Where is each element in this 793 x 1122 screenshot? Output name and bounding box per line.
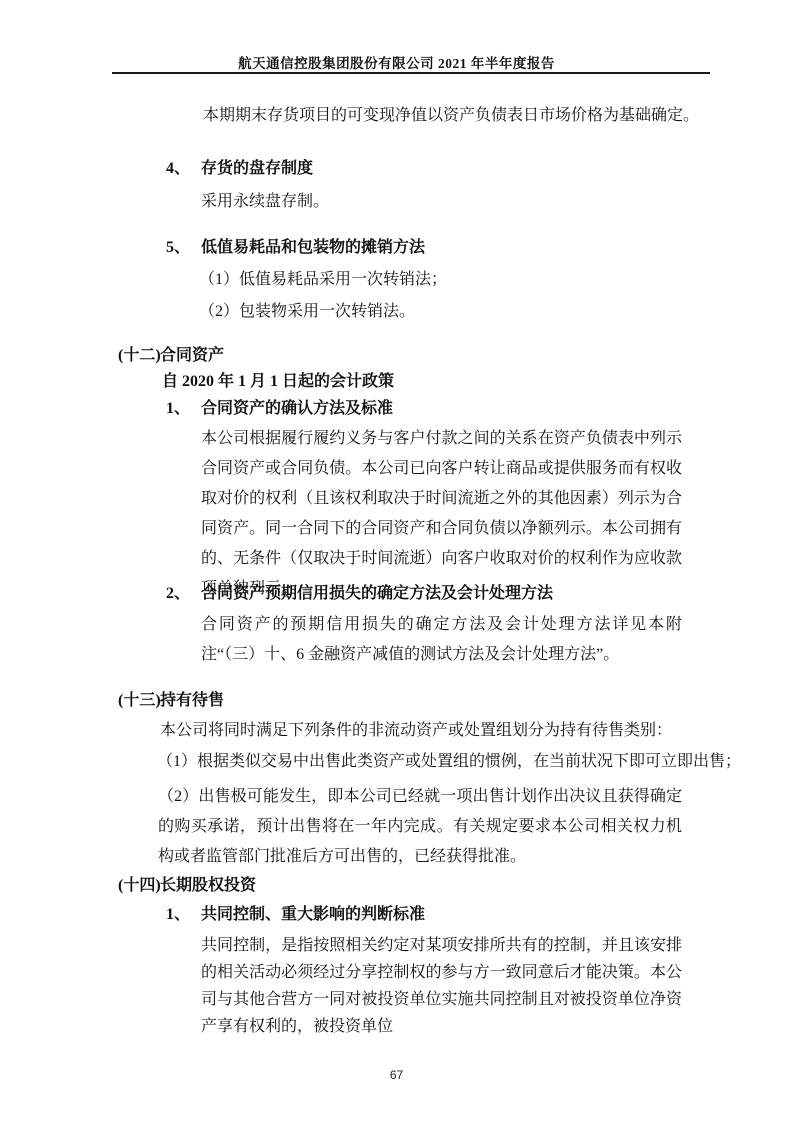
item5-sub1: （1）低值易耗品采用一次转销法；	[199, 270, 447, 290]
heading-sec12-sub2-title: 合同资产预期信用损失的确定方法及会计处理方法	[201, 584, 553, 604]
heading-item5: 5、 低值易耗品和包装物的摊销方法	[166, 238, 425, 258]
heading-sec12: (十二) 合同资产	[118, 346, 224, 366]
heading-sec12-sub1: 1、 合同资产的确认方法及标准	[166, 399, 393, 419]
page-header-title: 航天通信控股集团股份有限公司 2021 年半年度报告	[0, 52, 793, 72]
heading-sec12-sub2: 2、 合同资产预期信用损失的确定方法及会计处理方法	[166, 584, 553, 604]
heading-sec14-number: (十四)	[118, 876, 160, 896]
heading-item4-number: 4、	[166, 159, 201, 179]
heading-sec12-sub2-number: 2、	[166, 584, 201, 604]
heading-item4: 4、 存货的盘存制度	[166, 159, 313, 179]
heading-sec14-sub1: 1、 共同控制、重大影响的判断标准	[166, 905, 425, 925]
sec13-intro: 本公司将同时满足下列条件的非流动资产或处置组划分为持有待售类别：	[160, 721, 672, 741]
page-number: 67	[0, 1068, 793, 1082]
intro-paragraph: 本期期末存货项目的可变现净值以资产负债表日市场价格为基础确定。	[203, 106, 699, 126]
heading-sec12-title: 合同资产	[160, 346, 224, 366]
heading-item5-title: 低值易耗品和包装物的摊销方法	[201, 238, 425, 258]
heading-sec14: (十四) 长期股权投资	[118, 876, 256, 896]
heading-item5-number: 5、	[166, 238, 201, 258]
sec12-sub2-body: 合同资产的预期信用损失的确定方法及会计处理方法详见本附注“（三）十、6 金融资产…	[201, 610, 682, 670]
heading-sec14-sub1-number: 1、	[166, 905, 201, 925]
sec12-policy-line: 自 2020 年 1 月 1 日起的会计政策	[162, 372, 394, 392]
item4-body: 采用永续盘存制。	[201, 192, 329, 212]
heading-sec14-sub1-title: 共同控制、重大影响的判断标准	[201, 905, 425, 925]
sec13-condition1: （1）根据类似交易中出售此类资产或处置组的惯例，在当前状况下即可立即出售；	[157, 752, 741, 772]
heading-sec12-sub1-number: 1、	[166, 399, 201, 419]
heading-item4-title: 存货的盘存制度	[201, 159, 313, 179]
header-divider-rule	[112, 72, 710, 74]
heading-sec13-title: 持有待售	[160, 691, 224, 711]
heading-sec13: (十三) 持有待售	[118, 691, 224, 711]
sec14-sub1-body: 共同控制，是指按照相关约定对某项安排所共有的控制，并且该安排的相关活动必须经过分…	[201, 932, 682, 1040]
heading-sec12-sub1-title: 合同资产的确认方法及标准	[201, 399, 393, 419]
heading-sec12-number: (十二)	[118, 346, 160, 366]
sec12-policy-text: 自 2020 年 1 月 1 日起的会计政策	[162, 372, 394, 392]
report-page: 航天通信控股集团股份有限公司 2021 年半年度报告 本期期末存货项目的可变现净…	[0, 0, 793, 1122]
sec13-condition2: （2）出售极可能发生，即本公司已经就一项出售计划作出决议且获得确定的购买承诺，预…	[158, 782, 682, 872]
heading-sec14-title: 长期股权投资	[160, 876, 256, 896]
item5-sub2: （2）包装物采用一次转销法。	[199, 302, 415, 322]
sec12-sub1-body: 本公司根据履行履约义务与客户付款之间的关系在资产负债表中列示合同资产或合同负债。…	[201, 424, 682, 604]
heading-sec13-number: (十三)	[118, 691, 160, 711]
